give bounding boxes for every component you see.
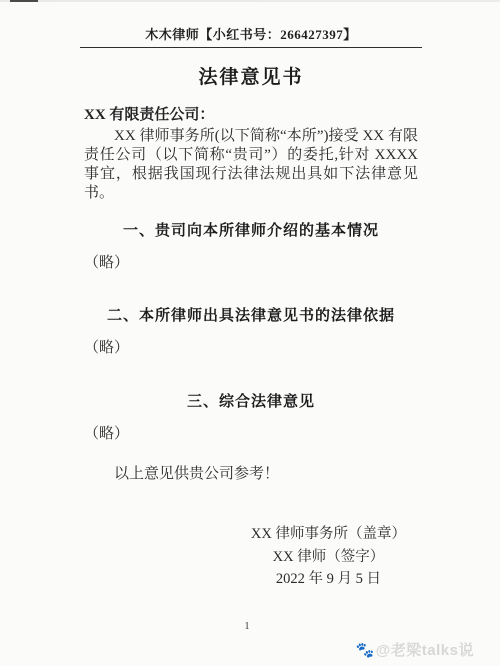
closing-remark: 以上意见供贵公司参考！ (84, 465, 418, 484)
signature-block: XX 律师事务所（盖章） XX 律师（签字） 2022 年 9 月 5 日 (251, 523, 406, 591)
watermark: 🐾@老梁talks说 (355, 639, 474, 660)
paw-print-icon: 🐾 (355, 642, 374, 659)
page-number: 1 (0, 621, 494, 632)
legal-opinion-document: 木木律师【小红书号：266427397】 法律意见书 XX 有限责任公司： XX… (0, 0, 500, 591)
section-3-heading: 三、综合法律意见 (84, 392, 418, 412)
signature-firm-seal-line: XX 律师事务所（盖章） (251, 523, 406, 546)
salutation-addressee: XX 有限责任公司： (84, 105, 418, 125)
section-2-heading: 二、本所律师出具法律意见书的法律依据 (84, 306, 418, 326)
header-divider-line (80, 47, 422, 48)
section-1-heading: 一、贵司向本所律师介绍的基本情况 (84, 221, 418, 241)
watermark-text: @老梁talks说 (376, 642, 474, 659)
section-2-body-omitted: （略） (84, 339, 418, 358)
document-header-byline: 木木律师【小红书号：266427397】 (84, 0, 418, 43)
signature-lawyer-line: XX 律师（签字） (251, 546, 406, 569)
section-1-body-omitted: （略） (84, 254, 418, 273)
document-title: 法律意见书 (84, 66, 418, 90)
signature-date-line: 2022 年 9 月 5 日 (251, 568, 406, 591)
section-3-body-omitted: （略） (84, 425, 418, 444)
intro-paragraph: XX 律师事务所(以下简称“本所”)接受 XX 有限责任公司（以下简称“贵司”）… (84, 127, 418, 203)
